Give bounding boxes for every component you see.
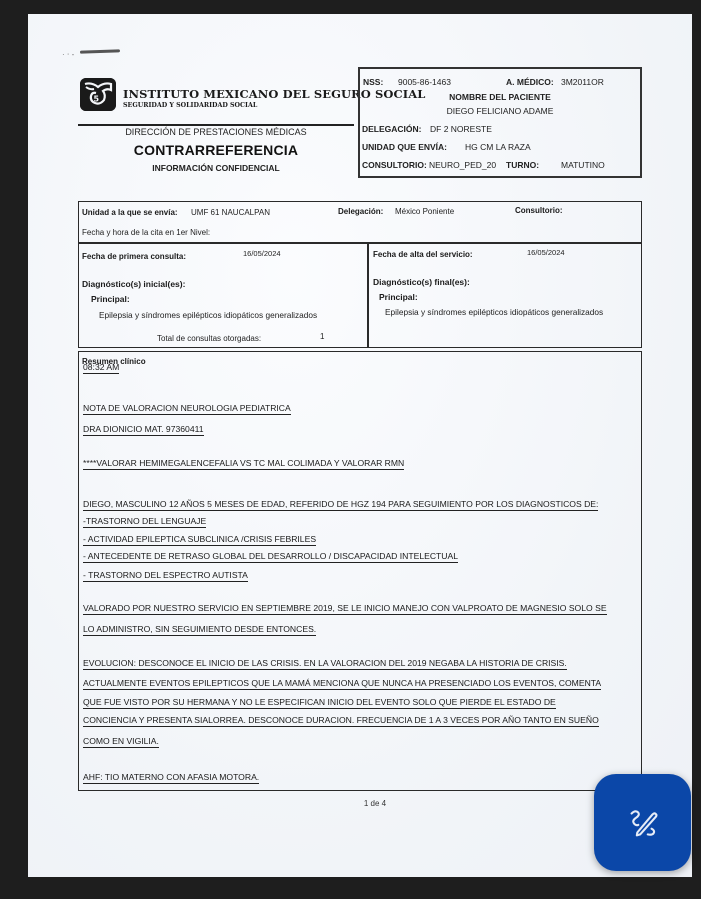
delegacion-value: DF 2 NORESTE	[430, 124, 492, 134]
document-title: CONTRARREFERENCIA	[78, 142, 354, 158]
diagnosis-box: Fecha de primera consulta: 16/05/2024 Di…	[78, 243, 642, 348]
total-consultas-label: Total de consultas otorgadas:	[157, 334, 261, 343]
total-consultas-value: 1	[320, 332, 324, 341]
svg-text:5: 5	[94, 95, 100, 104]
summary-line: DRA DIONICIO MAT. 97360411	[83, 424, 204, 436]
destination-box: Unidad a la que se envía: UMF 61 NAUCALP…	[78, 201, 642, 243]
cita-label: Fecha y hora de la cita en 1er Nivel:	[82, 228, 210, 237]
consultorio-value: NEURO_PED_20	[429, 160, 496, 170]
medico-value: 3M2011OR	[561, 77, 604, 87]
initial-principal-label: Principal:	[91, 294, 130, 304]
unidad-destino-label: Unidad a la que se envía:	[82, 208, 178, 217]
institution-subtitle: SEGURIDAD Y SOLIDARIDAD SOCIAL	[123, 102, 257, 109]
consultorio-label: CONSULTORIO:	[362, 160, 427, 170]
summary-line: COMO EN VIGILIA.	[83, 736, 159, 748]
delegacion-destino-value: México Poniente	[395, 207, 454, 216]
summary-line: EVOLUCION: DESCONOCE EL INICIO DE LAS CR…	[83, 658, 567, 670]
confidentiality-label: INFORMACIÓN CONFIDENCIAL	[78, 163, 354, 173]
summary-line: -TRASTORNO DEL LENGUAJE	[83, 516, 206, 528]
summary-line: AHF: TIO MATERNO CON AFASIA MOTORA.	[83, 772, 259, 784]
initial-diagnosis-label: Diagnóstico(s) inicial(es):	[82, 279, 185, 289]
medico-label: A. MÉDICO:	[506, 77, 554, 87]
summary-line: 08:32 AM	[83, 362, 119, 374]
first-consult-date: 16/05/2024	[243, 249, 281, 258]
scan-mark: · ‧ ‑	[62, 50, 74, 59]
consultorio-destino-label: Consultorio:	[515, 206, 563, 215]
delegacion-label: DELEGACIÓN:	[362, 124, 422, 134]
direction-label: DIRECCIÓN DE PRESTACIONES MÉDICAS	[78, 127, 354, 137]
summary-line: - ANTECEDENTE DE RETRASO GLOBAL DEL DESA…	[83, 551, 458, 563]
imss-logo-icon: 5	[80, 78, 116, 111]
summary-line: CONCIENCIA Y PRESENTA SIALORREA. DESCONO…	[83, 715, 599, 727]
nss-label: NSS:	[363, 77, 383, 87]
delegacion-destino-label: Delegación:	[338, 207, 383, 216]
summary-line: LO ADMINISTRO, SIN SEGUIMIENTO DESDE ENT…	[83, 624, 316, 636]
unidad-destino-value: UMF 61 NAUCALPAN	[191, 208, 270, 217]
patient-info-box: NSS: 9005-86-1463 A. MÉDICO: 3M2011OR NO…	[358, 67, 642, 178]
scan-mark	[80, 49, 120, 53]
document-page: · ‧ ‑ 5 INSTITUTO MEXICANO DEL SEGURO SO…	[28, 14, 692, 877]
initial-principal-value: Epilepsia y síndromes epilépticos idiopá…	[99, 310, 317, 320]
summary-line: QUE FUE VISTO POR SU HERMANA Y NO LE ESP…	[83, 697, 556, 709]
nss-value: 9005-86-1463	[398, 77, 451, 87]
summary-line: ****VALORAR HEMIMEGALENCEFALIA VS TC MAL…	[83, 458, 404, 470]
patient-name: DIEGO FELICIANO ADAME	[360, 106, 640, 116]
edit-annotate-button[interactable]	[594, 774, 691, 871]
unidad-envia-value: HG CM LA RAZA	[465, 142, 531, 152]
summary-line: NOTA DE VALORACION NEUROLOGIA PEDIATRICA	[83, 403, 291, 415]
turno-value: MATUTINO	[561, 160, 605, 170]
unidad-envia-label: UNIDAD QUE ENVÍA:	[362, 142, 447, 152]
summary-line: DIEGO, MASCULINO 12 AÑOS 5 MESES DE EDAD…	[83, 499, 598, 511]
summary-line: - ACTIVIDAD EPILEPTICA SUBCLINICA /CRISI…	[83, 534, 316, 546]
summary-line: - TRASTORNO DEL ESPECTRO AUTISTA	[83, 570, 248, 582]
summary-line: VALORADO POR NUESTRO SERVICIO EN SEPTIEM…	[83, 603, 607, 615]
column-divider	[367, 244, 369, 347]
final-diagnosis-label: Diagnóstico(s) final(es):	[373, 277, 470, 287]
final-principal-label: Principal:	[379, 292, 418, 302]
discharge-date: 16/05/2024	[527, 248, 565, 257]
header-divider	[78, 124, 354, 126]
patient-name-label: NOMBRE DEL PACIENTE	[360, 92, 640, 102]
final-principal-value: Epilepsia y síndromes epilépticos idiopá…	[385, 307, 603, 317]
first-consult-label: Fecha de primera consulta:	[82, 252, 186, 261]
discharge-label: Fecha de alta del servicio:	[373, 250, 473, 259]
page-number: 1 de 4	[28, 799, 692, 808]
summary-line: ACTUALMENTE EVENTOS EPILEPTICOS QUE LA M…	[83, 678, 601, 690]
edit-pen-icon	[624, 804, 662, 842]
turno-label: TURNO:	[506, 160, 539, 170]
